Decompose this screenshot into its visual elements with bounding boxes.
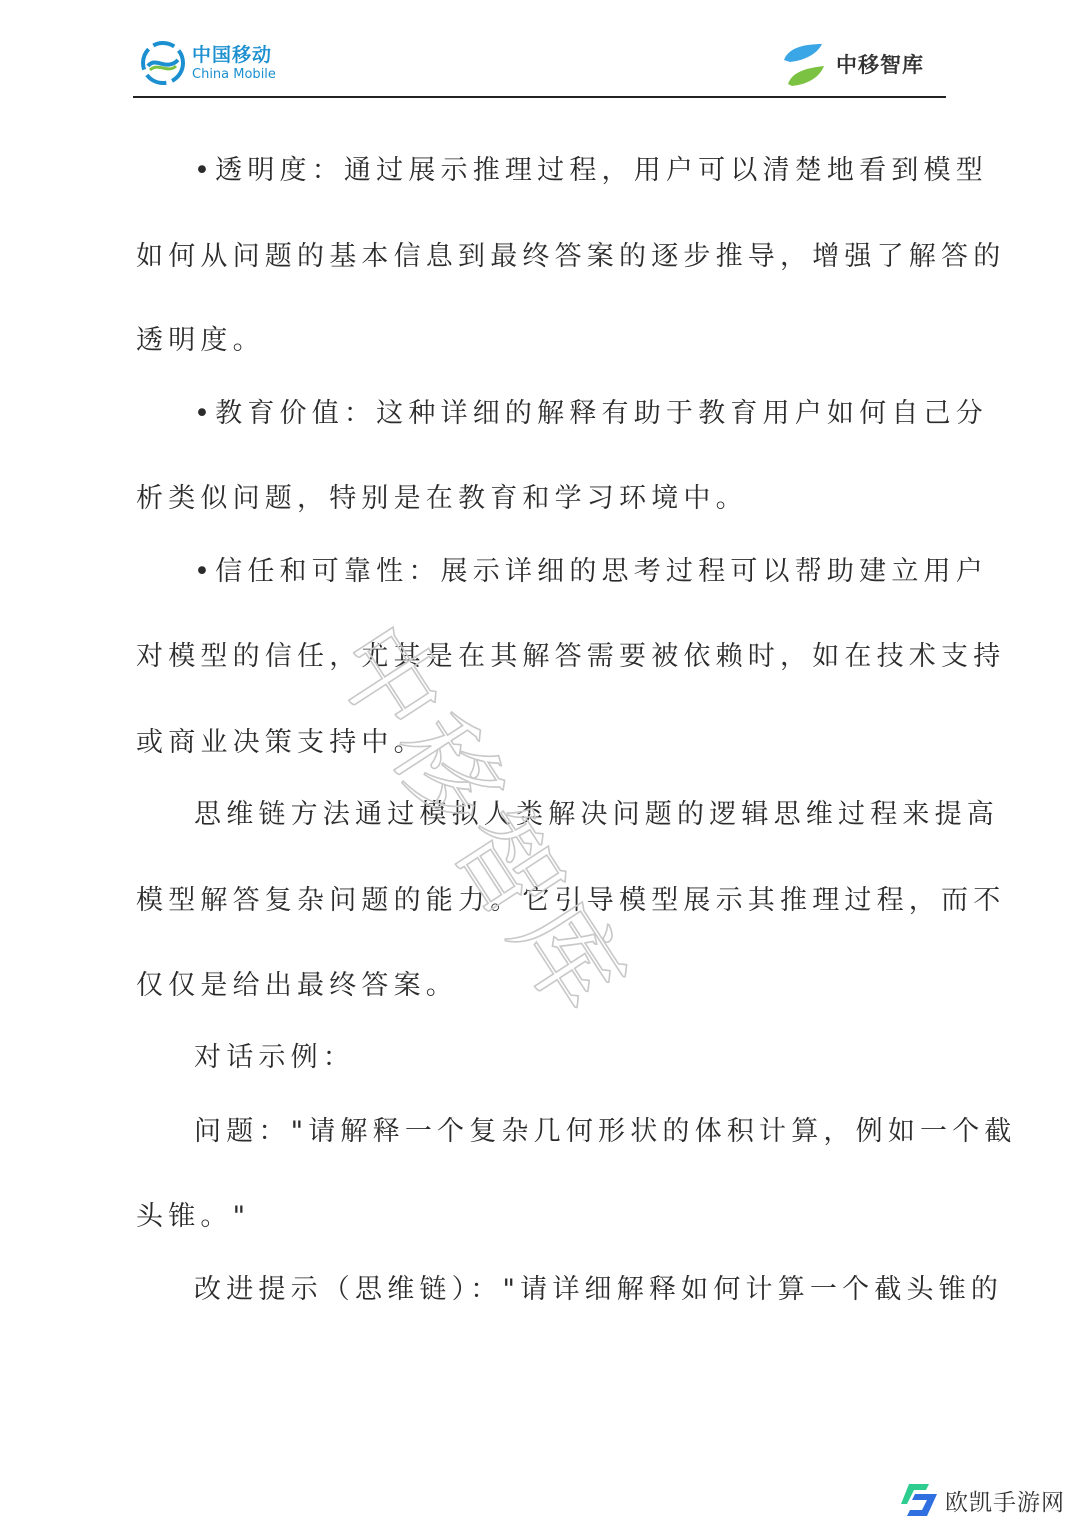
header-divider bbox=[133, 96, 946, 98]
paragraph-line: 改进提示（思维链）："请详细解释如何计算一个截头锥的 bbox=[194, 1270, 1003, 1310]
zhongyi-zhiku-name: 中移智库 bbox=[836, 49, 924, 79]
source-watermark-badge: 欧凯手游网 bbox=[895, 1480, 1065, 1520]
paragraph-line: 析类似问题，特别是在教育和学习环境中。 bbox=[136, 479, 748, 519]
china-mobile-name-en: China Mobile bbox=[192, 68, 276, 81]
paragraph-line: 问题："请解释一个复杂几何形状的体积计算，例如一个截 bbox=[194, 1112, 1017, 1152]
paragraph-line: •教育价值：这种详细的解释有助于教育用户如何自己分 bbox=[194, 394, 988, 434]
paragraph-line: •信任和可靠性：展示详细的思考过程可以帮助建立用户 bbox=[194, 552, 988, 592]
paragraph-line: 如何从问题的基本信息到最终答案的逐步推导，增强了解答的 bbox=[136, 237, 1005, 277]
paragraph-line: 对模型的信任，尤其是在其解答需要被依赖时，如在技术支持 bbox=[136, 637, 1005, 677]
site-name: 欧凯手游网 bbox=[945, 1484, 1065, 1517]
paragraph-line: 思维链方法通过模拟人类解决问题的逻辑思维过程来提高 bbox=[194, 795, 999, 835]
paragraph-line: 对话示例： bbox=[194, 1038, 355, 1078]
china-mobile-logo-icon bbox=[140, 40, 186, 86]
paragraph-line: 模型解答复杂问题的能力。它引导模型展示其推理过程，而不 bbox=[136, 881, 1005, 921]
china-mobile-logo: 中国移动 China Mobile bbox=[140, 40, 276, 86]
paragraph-line: 仅仅是给出最终答案。 bbox=[136, 966, 458, 1006]
china-mobile-name-cn: 中国移动 bbox=[192, 46, 276, 65]
paragraph-line: •透明度：通过展示推理过程，用户可以清楚地看到模型 bbox=[194, 151, 988, 191]
site-logo-icon bbox=[895, 1480, 941, 1520]
zhongyi-zhiku-logo: 中移智库 bbox=[778, 38, 924, 90]
paragraph-line: 或商业决策支持中。 bbox=[136, 723, 426, 763]
paragraph-line: 透明度。 bbox=[136, 321, 265, 361]
paragraph-line: 头锥。" bbox=[136, 1197, 250, 1237]
zhongyi-zhiku-logo-icon bbox=[778, 38, 830, 90]
page-header: 中国移动 China Mobile 中移智库 bbox=[0, 0, 1080, 100]
